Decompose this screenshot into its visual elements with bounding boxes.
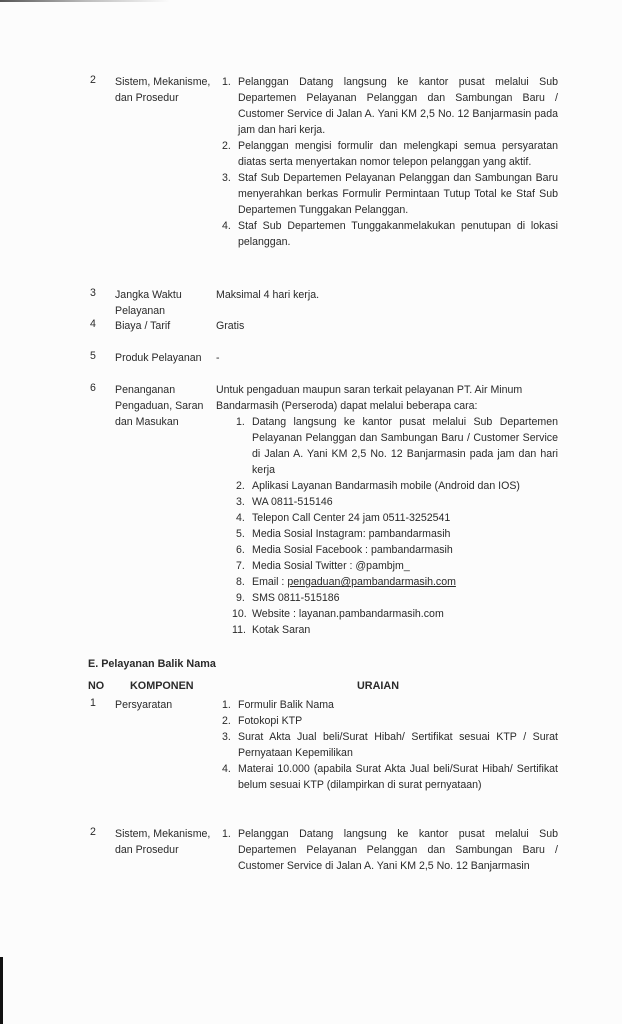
row-number: 2: [90, 826, 96, 838]
row-number: 6: [90, 382, 96, 394]
uraian-list: 1.Formulir Balik Nama 2.Fotokopi KTP 3.S…: [216, 697, 558, 793]
list-item: 4.Materai 10.000 (apabila Surat Akta Jua…: [216, 761, 558, 793]
list-item: 5.Media Sosial Instagram: pambandarmasih: [232, 526, 558, 542]
list-item: 1.Pelanggan Datang langsung ke kantor pu…: [216, 826, 558, 874]
list-item: 4.Telepon Call Center 24 jam 0511-325254…: [232, 510, 558, 526]
uraian-list: 1.Pelanggan Datang langsung ke kantor pu…: [216, 826, 558, 874]
list-item: 2.Pelanggan mengisi formulir dan melengk…: [216, 138, 558, 170]
header-komponen: KOMPONEN: [130, 680, 194, 692]
row-uraian: -: [216, 350, 558, 366]
row-komponen: Biaya / Tarif: [115, 318, 211, 334]
row-komponen: Sistem, Mekanisme, dan Prosedur: [115, 826, 211, 858]
email-link[interactable]: pengaduan@pambandarmasih.com: [287, 576, 456, 588]
list-item: 3.Staf Sub Departemen Pelayanan Pelangga…: [216, 170, 558, 218]
list-item: 9.SMS 0811-515186: [232, 590, 558, 606]
list-item: 10.Website : layanan.pambandarmasih.com: [232, 606, 558, 622]
header-uraian: URAIAN: [357, 680, 399, 692]
row-komponen: Persyaratan: [115, 697, 211, 713]
list-item: 6.Media Sosial Facebook : pambandarmasih: [232, 542, 558, 558]
list-item: 1.Formulir Balik Nama: [216, 697, 558, 713]
row-komponen: Produk Pelayanan: [115, 350, 211, 366]
list-item: 3.Surat Akta Jual beli/Surat Hibah/ Sert…: [216, 729, 558, 761]
row-number: 1: [90, 697, 96, 709]
list-item: 1.Pelanggan Datang langsung ke kantor pu…: [216, 74, 558, 138]
list-item: 1.Datang langsung ke kantor pusat melalu…: [232, 414, 558, 478]
list-item: 7.Media Sosial Twitter : @pambjm_: [232, 558, 558, 574]
list-item: 8.Email : pengaduan@pambandarmasih.com: [232, 574, 558, 590]
row-komponen: Penanganan Pengaduan, Saran dan Masukan: [115, 382, 211, 430]
list-item: 3.WA 0811-515146: [232, 494, 558, 510]
row-uraian: Maksimal 4 hari kerja.: [216, 287, 558, 303]
row-intro: Untuk pengaduan maupun saran terkait pel…: [216, 382, 558, 414]
list-item: 2.Fotokopi KTP: [216, 713, 558, 729]
scan-edge-left: [0, 957, 3, 1024]
list-item: 11.Kotak Saran: [232, 622, 558, 638]
row-komponen: Sistem, Mekanisme, dan Prosedur: [115, 74, 211, 106]
uraian-list: 1.Pelanggan Datang langsung ke kantor pu…: [216, 74, 558, 250]
row-number: 5: [90, 350, 96, 362]
section-title: E. Pelayanan Balik Nama: [88, 658, 216, 670]
scan-edge-top: [0, 0, 170, 2]
list-item: 2.Aplikasi Layanan Bandarmasih mobile (A…: [232, 478, 558, 494]
row-uraian: Gratis: [216, 318, 558, 334]
row-number: 4: [90, 318, 96, 330]
list-item: 4.Staf Sub Departemen Tunggakanmelakukan…: [216, 218, 558, 250]
row-number: 2: [90, 74, 96, 86]
header-no: NO: [88, 680, 104, 692]
complaint-channel-list: 1.Datang langsung ke kantor pusat melalu…: [232, 414, 558, 638]
row-number: 3: [90, 287, 96, 299]
row-komponen: Jangka Waktu Pelayanan: [115, 287, 211, 319]
